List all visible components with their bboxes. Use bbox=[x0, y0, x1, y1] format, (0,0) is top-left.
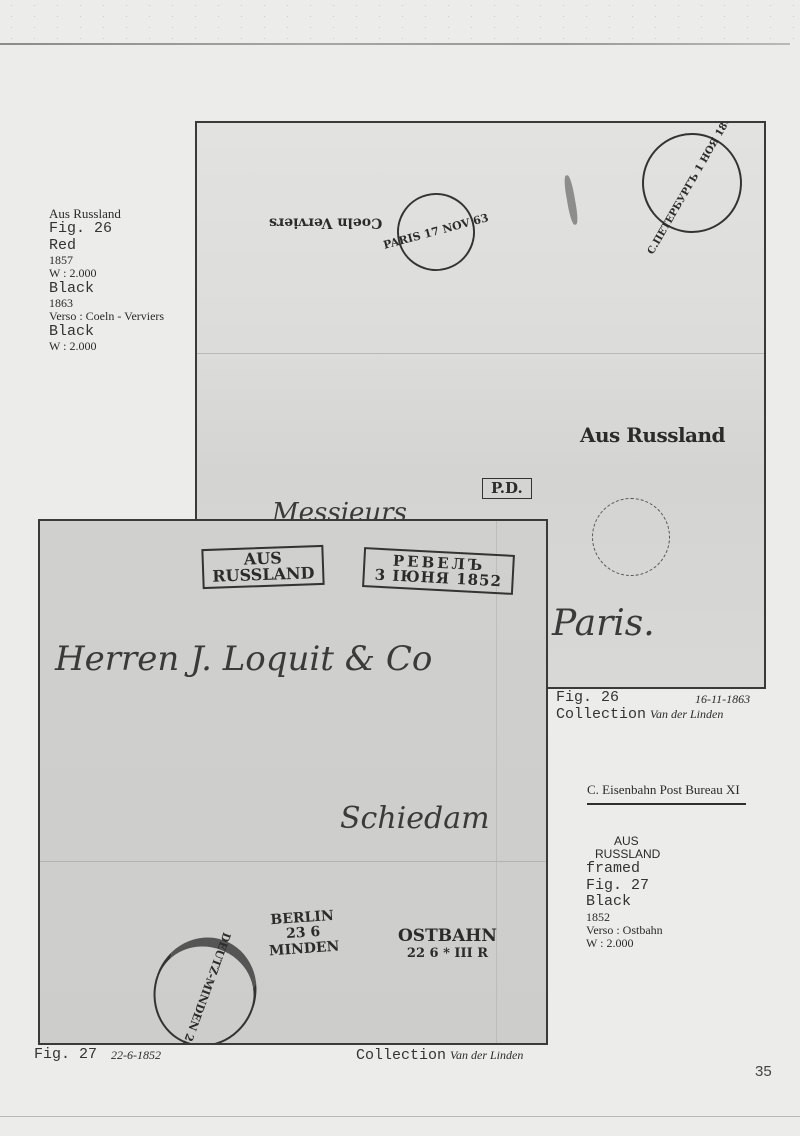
stamp-line: OSTBAHN bbox=[398, 926, 497, 946]
collection-label: Collection bbox=[356, 1047, 446, 1064]
fig26-verso: Verso : Coeln - Verviers bbox=[49, 310, 164, 323]
fold-line bbox=[197, 353, 764, 354]
stamp-paris: PARIS 17 NOV 63 bbox=[388, 184, 484, 280]
handwriting-city: Schiedam bbox=[340, 801, 490, 836]
top-rule bbox=[0, 43, 790, 45]
page-number: 35 bbox=[755, 1063, 772, 1080]
stamp-line: MINDEN bbox=[269, 939, 340, 959]
fig27-color: Black bbox=[586, 894, 663, 911]
fig26-caption-label: Fig. 26 bbox=[556, 689, 619, 706]
stamp-reval: РЕВЕЛЪ 3 ІЮНЯ 1852 bbox=[362, 547, 515, 595]
fold-line bbox=[40, 861, 546, 862]
handwriting-address: Herren J. Loquit & Co bbox=[55, 639, 432, 679]
fig27-collection: Collection Van der Linden bbox=[356, 1046, 523, 1064]
stamp-faint-circle bbox=[592, 498, 670, 576]
stamp-berlin-minden: BERLIN 23 6 MINDEN bbox=[266, 909, 340, 960]
stamp-line: 3 ІЮНЯ 1852 bbox=[374, 568, 502, 590]
ink-blot bbox=[563, 175, 580, 226]
bottom-rule bbox=[0, 1116, 800, 1117]
section-rule bbox=[587, 803, 746, 805]
fig27-cover-photo: AUS RUSSLAND РЕВЕЛЪ 3 ІЮНЯ 1852 Herren J… bbox=[38, 519, 548, 1045]
collection-name: Van der Linden bbox=[450, 1048, 523, 1062]
stamp-pd: P.D. bbox=[482, 478, 532, 499]
section-heading: C. Eisenbahn Post Bureau XI bbox=[587, 782, 740, 798]
fig27-fig-label: Fig. 27 bbox=[586, 878, 663, 895]
stamp-aus-russland-framed: AUS RUSSLAND bbox=[201, 545, 324, 589]
fig26-description: Aus Russland Fig. 26 Red 1857 W : 2.000 … bbox=[49, 207, 164, 353]
stamp-deutz-minden: DEUTZ-MINDEN 23 6 bbox=[138, 923, 271, 1045]
stamp-aus-russland: Aus Russland bbox=[580, 423, 725, 447]
stamp-line: RUSSLAND bbox=[212, 565, 315, 585]
fig27-caption-date: 22-6-1852 bbox=[111, 1048, 161, 1063]
fig26-fig-label: Fig. 26 bbox=[49, 221, 164, 238]
fig27-weight: W : 2.000 bbox=[586, 937, 663, 950]
fold-line-vertical bbox=[496, 521, 497, 1043]
fig26-color-2: Black bbox=[49, 281, 164, 298]
fig26-weight-2: W : 2.000 bbox=[49, 340, 164, 353]
stamp-ostbahn: OSTBAHN 22 6 * III R bbox=[398, 926, 497, 962]
handwriting-paris: Paris. bbox=[552, 603, 655, 644]
fig26-color-3: Black bbox=[49, 324, 164, 341]
fig27-framed: framed bbox=[586, 861, 663, 878]
fig27-description: AUS RUSSLAND framed Fig. 27 Black 1852 V… bbox=[586, 835, 663, 950]
fig26-weight-1: W : 2.000 bbox=[49, 267, 164, 280]
stamp-coeln-verviers: Coeln Verviers bbox=[269, 215, 382, 230]
fig27-caption-label: Fig. 27 bbox=[34, 1046, 97, 1063]
stamp-st-petersburg: С.ПЕТЕРБУРГЪ 1 НОЯ 1863 bbox=[624, 121, 761, 251]
stamp-line: 22 6 * III R bbox=[398, 946, 497, 962]
fig26-color-1: Red bbox=[49, 238, 164, 255]
scan-noise bbox=[0, 0, 800, 42]
collection-name: Van der Linden bbox=[650, 707, 723, 721]
collection-label: Collection bbox=[556, 706, 646, 723]
fig26-title: Aus Russland bbox=[49, 207, 164, 221]
fig26-collection: Collection Van der Linden bbox=[556, 705, 723, 723]
